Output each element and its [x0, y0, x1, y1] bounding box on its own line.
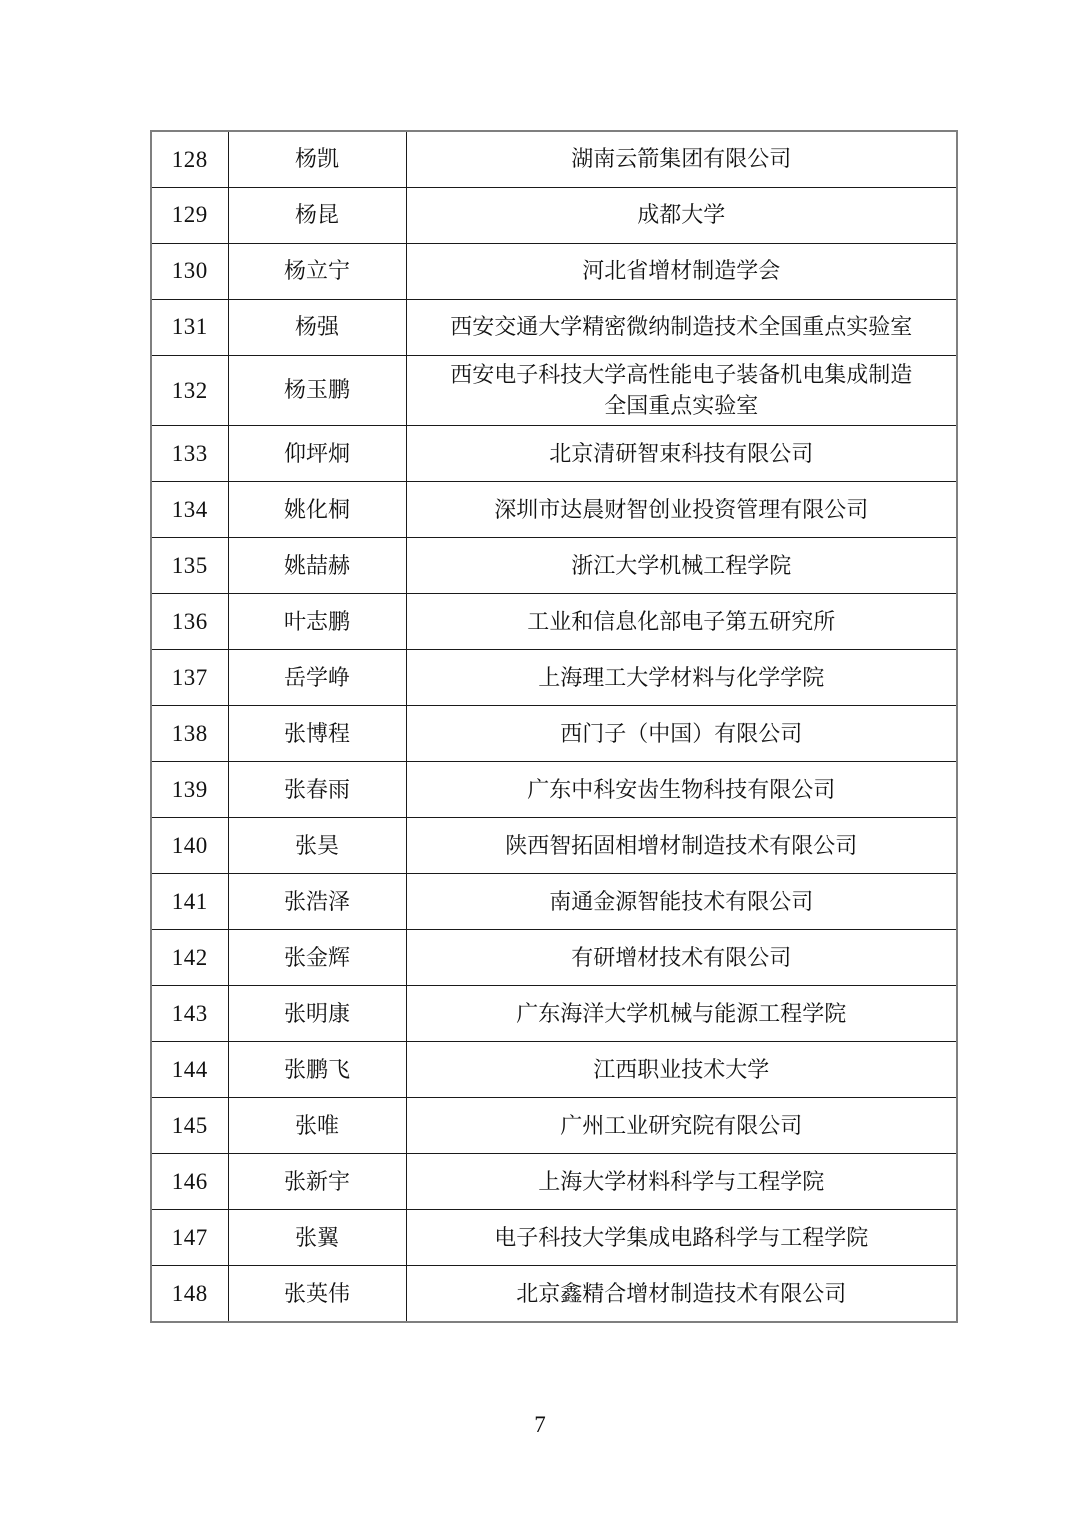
row-number-cell: 145 — [151, 1098, 228, 1154]
row-name-cell: 张金辉 — [228, 930, 406, 986]
table-row: 141张浩泽南通金源智能技术有限公司 — [151, 874, 957, 930]
row-organization-cell: 上海大学材料科学与工程学院 — [406, 1154, 957, 1210]
row-name-cell: 姚喆赫 — [228, 538, 406, 594]
row-organization-cell: 南通金源智能技术有限公司 — [406, 874, 957, 930]
row-number-cell: 136 — [151, 594, 228, 650]
row-organization-cell: 湖南云箭集团有限公司 — [406, 131, 957, 187]
row-number-cell: 137 — [151, 650, 228, 706]
row-name-cell: 张新宇 — [228, 1154, 406, 1210]
table-row: 137岳学峥上海理工大学材料与化学学院 — [151, 650, 957, 706]
row-number-cell: 134 — [151, 482, 228, 538]
row-number-cell: 142 — [151, 930, 228, 986]
row-name-cell: 张英伟 — [228, 1266, 406, 1322]
row-name-cell: 张春雨 — [228, 762, 406, 818]
row-number-cell: 143 — [151, 986, 228, 1042]
row-number-cell: 128 — [151, 131, 228, 187]
table-row: 138张博程西门子（中国）有限公司 — [151, 706, 957, 762]
row-organization-cell: 工业和信息化部电子第五研究所 — [406, 594, 957, 650]
row-name-cell: 张昊 — [228, 818, 406, 874]
table-row: 146张新宇上海大学材料科学与工程学院 — [151, 1154, 957, 1210]
roster-table-body: 128杨凯湖南云箭集团有限公司129杨昆成都大学130杨立宁河北省增材制造学会1… — [151, 131, 957, 1322]
row-name-cell: 杨凯 — [228, 131, 406, 187]
row-number-cell: 135 — [151, 538, 228, 594]
row-name-cell: 杨昆 — [228, 187, 406, 243]
row-name-cell: 叶志鹏 — [228, 594, 406, 650]
row-organization-cell: 广州工业研究院有限公司 — [406, 1098, 957, 1154]
row-number-cell: 141 — [151, 874, 228, 930]
row-name-cell: 杨玉鹏 — [228, 355, 406, 426]
row-organization-cell: 河北省增材制造学会 — [406, 243, 957, 299]
row-number-cell: 129 — [151, 187, 228, 243]
row-number-cell: 146 — [151, 1154, 228, 1210]
row-number-cell: 138 — [151, 706, 228, 762]
row-organization-cell: 北京鑫精合增材制造技术有限公司 — [406, 1266, 957, 1322]
row-organization-cell: 深圳市达晨财智创业投资管理有限公司 — [406, 482, 957, 538]
table-row: 129杨昆成都大学 — [151, 187, 957, 243]
roster-table: 128杨凯湖南云箭集团有限公司129杨昆成都大学130杨立宁河北省增材制造学会1… — [150, 130, 958, 1323]
table-row: 132杨玉鹏西安电子科技大学高性能电子装备机电集成制造全国重点实验室 — [151, 355, 957, 426]
row-organization-cell: 西门子（中国）有限公司 — [406, 706, 957, 762]
table-row: 131杨强西安交通大学精密微纳制造技术全国重点实验室 — [151, 299, 957, 355]
row-number-cell: 139 — [151, 762, 228, 818]
row-number-cell: 130 — [151, 243, 228, 299]
table-row: 136叶志鹏工业和信息化部电子第五研究所 — [151, 594, 957, 650]
table-row: 128杨凯湖南云箭集团有限公司 — [151, 131, 957, 187]
table-row: 145张唯广州工业研究院有限公司 — [151, 1098, 957, 1154]
document-page: 128杨凯湖南云箭集团有限公司129杨昆成都大学130杨立宁河北省增材制造学会1… — [0, 0, 1080, 1527]
table-row: 143张明康广东海洋大学机械与能源工程学院 — [151, 986, 957, 1042]
row-number-cell: 144 — [151, 1042, 228, 1098]
table-row: 139张春雨广东中科安齿生物科技有限公司 — [151, 762, 957, 818]
row-organization-cell: 广东中科安齿生物科技有限公司 — [406, 762, 957, 818]
row-name-cell: 杨强 — [228, 299, 406, 355]
row-organization-cell: 电子科技大学集成电路科学与工程学院 — [406, 1210, 957, 1266]
table-row: 144张鹏飞江西职业技术大学 — [151, 1042, 957, 1098]
row-organization-cell: 广东海洋大学机械与能源工程学院 — [406, 986, 957, 1042]
row-number-cell: 133 — [151, 426, 228, 482]
row-organization-cell: 浙江大学机械工程学院 — [406, 538, 957, 594]
row-number-cell: 140 — [151, 818, 228, 874]
row-number-cell: 147 — [151, 1210, 228, 1266]
row-organization-cell: 上海理工大学材料与化学学院 — [406, 650, 957, 706]
page-number: 7 — [0, 1412, 1080, 1438]
row-organization-cell: 北京清研智束科技有限公司 — [406, 426, 957, 482]
table-row: 133仰坪炯北京清研智束科技有限公司 — [151, 426, 957, 482]
row-organization-cell: 西安交通大学精密微纳制造技术全国重点实验室 — [406, 299, 957, 355]
row-name-cell: 张浩泽 — [228, 874, 406, 930]
row-name-cell: 杨立宁 — [228, 243, 406, 299]
table-row: 148张英伟北京鑫精合增材制造技术有限公司 — [151, 1266, 957, 1322]
row-name-cell: 姚化桐 — [228, 482, 406, 538]
row-number-cell: 132 — [151, 355, 228, 426]
row-name-cell: 岳学峥 — [228, 650, 406, 706]
table-row: 142张金辉有研增材技术有限公司 — [151, 930, 957, 986]
row-name-cell: 张翼 — [228, 1210, 406, 1266]
row-name-cell: 张鹏飞 — [228, 1042, 406, 1098]
table-row: 140张昊陕西智拓固相增材制造技术有限公司 — [151, 818, 957, 874]
row-name-cell: 仰坪炯 — [228, 426, 406, 482]
row-organization-cell: 西安电子科技大学高性能电子装备机电集成制造全国重点实验室 — [406, 355, 957, 426]
row-name-cell: 张唯 — [228, 1098, 406, 1154]
row-name-cell: 张博程 — [228, 706, 406, 762]
table-row: 134姚化桐深圳市达晨财智创业投资管理有限公司 — [151, 482, 957, 538]
row-number-cell: 148 — [151, 1266, 228, 1322]
row-organization-cell: 成都大学 — [406, 187, 957, 243]
row-organization-cell: 陕西智拓固相增材制造技术有限公司 — [406, 818, 957, 874]
row-organization-cell: 江西职业技术大学 — [406, 1042, 957, 1098]
table-row: 135姚喆赫浙江大学机械工程学院 — [151, 538, 957, 594]
table-row: 130杨立宁河北省增材制造学会 — [151, 243, 957, 299]
table-row: 147张翼电子科技大学集成电路科学与工程学院 — [151, 1210, 957, 1266]
row-number-cell: 131 — [151, 299, 228, 355]
row-name-cell: 张明康 — [228, 986, 406, 1042]
row-organization-cell: 有研增材技术有限公司 — [406, 930, 957, 986]
